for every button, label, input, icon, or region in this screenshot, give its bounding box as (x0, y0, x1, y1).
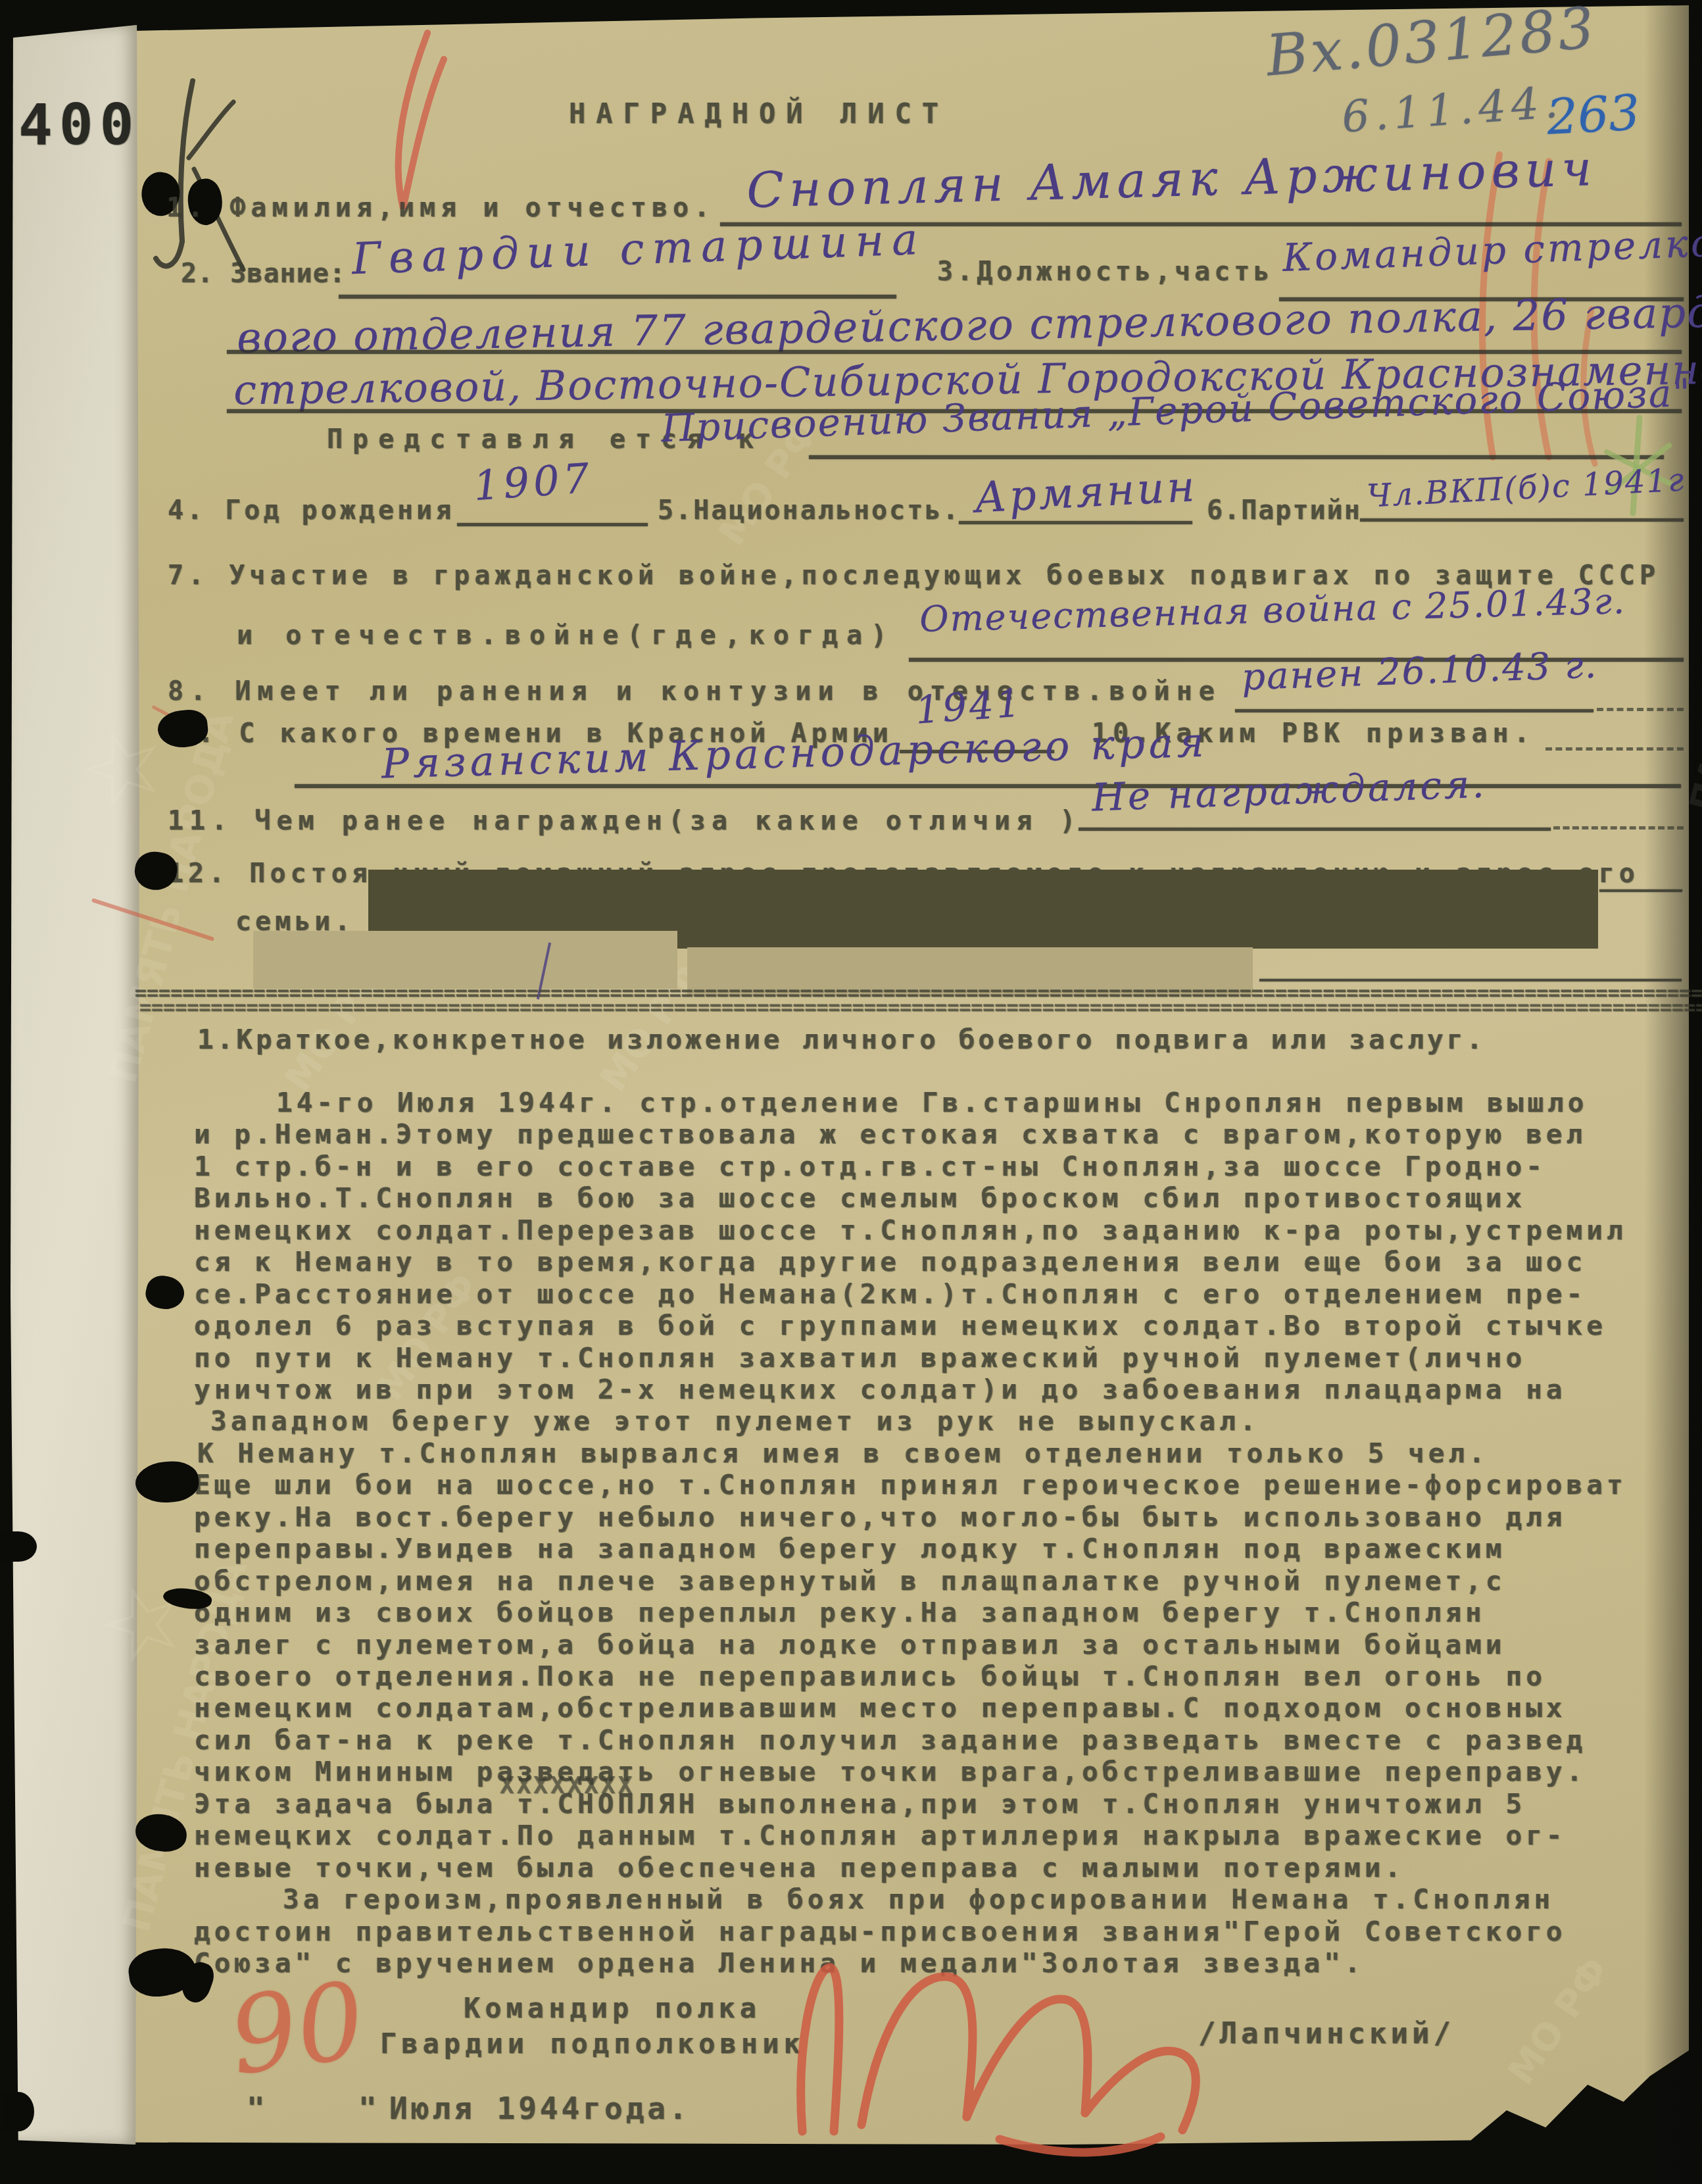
feat-text-line: одолел 6 раз вступая в бой с группами не… (194, 1310, 1607, 1341)
signer-role-line2: Гвардии подполковник (380, 2027, 805, 2060)
edge-blot (3, 2092, 34, 2131)
rule-line (339, 295, 896, 299)
feat-text-line: чиком Мининым разведать огневые точки вр… (194, 1756, 1586, 1787)
field-label-wounds: 8. Имеет ли ранения и контузии в отечест… (168, 676, 1221, 707)
feat-text-line: и р.Неман.Этому предшествовала ж естокая… (194, 1118, 1586, 1150)
dashed-rule (1597, 708, 1684, 711)
dashed-rule (1545, 747, 1684, 751)
section-divider: ========================================… (139, 996, 1702, 1019)
feat-text-line: немецких солдат.По данным т.Сноплян арти… (194, 1820, 1567, 1851)
rule-line (1079, 828, 1551, 831)
rule-line (1599, 889, 1682, 892)
feat-text-line: Еще шли бои на шоссе,но т.Сноплян принял… (194, 1469, 1627, 1501)
field-label-name: 1. Фамилия,имя и отчество. (166, 193, 715, 223)
rule-line (457, 523, 648, 526)
field-label-birth-year: 4. Год рождения (168, 495, 454, 526)
feat-text-line: одним из своих бойцов переплыл реку.На з… (194, 1597, 1486, 1628)
feat-text-line: К Неману т.Сноплян вырвался имея в своем… (197, 1437, 1489, 1469)
feat-text-line: сил бат-на к реке т.Сноплян получил зада… (194, 1724, 1586, 1756)
feat-text-line: своего отделения.Пока не переправились б… (194, 1660, 1546, 1692)
feat-text-line: немецким солдатам,обстреливавшим место п… (194, 1692, 1567, 1724)
feat-text-line: ся к Неману в то время,когда другие подр… (194, 1246, 1586, 1278)
rule-line (809, 455, 1664, 459)
binding-margin-strip (11, 25, 139, 2145)
feat-text-line: Эта задача была т.СНОПЛЯН выполнена,при … (194, 1788, 1526, 1820)
date-line: Июля 1944года. (389, 2091, 691, 2126)
field-label-war-service2: и отечеств.войне(где,когда) (237, 620, 895, 651)
feat-text-line: по пути к Неману т.Сноплян захватил враж… (194, 1342, 1526, 1374)
commander-signature (750, 1941, 1263, 2151)
feat-text-line: обстрелом,имея на плече завернутый в пла… (194, 1565, 1505, 1597)
feat-text-line: 1 стр.б-н и в его составе стр.отд.гв.ст-… (194, 1151, 1546, 1182)
field-label-rank: 2. Звание: (181, 259, 346, 289)
signer-role-line1: Командир полка (464, 1992, 761, 2024)
feat-text-line: переправы.Увидев на западном берегу лодк… (194, 1533, 1505, 1564)
feat-text-line: Вильно.Т.Сноплян в бою за шоссе смелым б… (194, 1182, 1526, 1214)
scanned-award-sheet: ПАМЯТЬ НАРОДА ПАМЯТЬ НАРОДА ☆ ☆ МО РФ МО… (0, 0, 1702, 2184)
rule-line (959, 521, 1192, 524)
field-label-party: 6.Партийн (1207, 495, 1361, 526)
field-label-nationality: 5.Национальность. (658, 495, 960, 526)
feat-section-heading: 1.Краткое,конкретное изложение личного б… (197, 1024, 1486, 1055)
typed-strikeover: ХХХХХХХХ (500, 1772, 635, 1799)
feat-text-line: уничтож ив при этом 2-х немецких солдат)… (194, 1374, 1567, 1405)
field-label-duty: 3.Должность,часть (937, 257, 1273, 287)
doc-number-handwriting: 263 (1545, 84, 1641, 145)
feat-text-line: реку.На вост.берегу небыло ничего,что мо… (194, 1501, 1567, 1533)
feat-text-line: 14-го Июля 1944г. стр.отделение Гв.старш… (276, 1087, 1588, 1118)
feat-text-line: се.Расстояние от шоссе до Немана(2км.)т.… (194, 1278, 1586, 1310)
document-title: НАГРАДНОЙ ЛИСТ (569, 97, 949, 130)
feat-text-line: залег с пулеметом,а бойца на лодке отпра… (194, 1629, 1505, 1660)
rule-line (1235, 709, 1593, 712)
page-number-stamp: 400 (18, 92, 140, 158)
edge-blot (0, 1531, 37, 1562)
date-close-quote: " (358, 2091, 377, 2126)
dashed-rule (1553, 826, 1684, 830)
feat-text-line: Западном берегу уже этот пулемет из рук … (210, 1405, 1260, 1437)
field-value-birth-year: 1907 (472, 454, 595, 510)
feat-text-line: невые точки,чем была обеспечена переправ… (194, 1852, 1405, 1883)
feat-text-line: немецких солдат.Перерезав шоссе т.Снопля… (194, 1214, 1627, 1246)
rule-line (1360, 518, 1684, 522)
feat-text-line: За героизм,проявленный в боях при форсир… (283, 1883, 1554, 1915)
redaction-block-light (253, 931, 677, 989)
field-label-prior-awards: 11. Чем ранее награжден(за какие отличия… (168, 806, 1081, 836)
red-handwritten-number: 90 (222, 1958, 372, 2099)
